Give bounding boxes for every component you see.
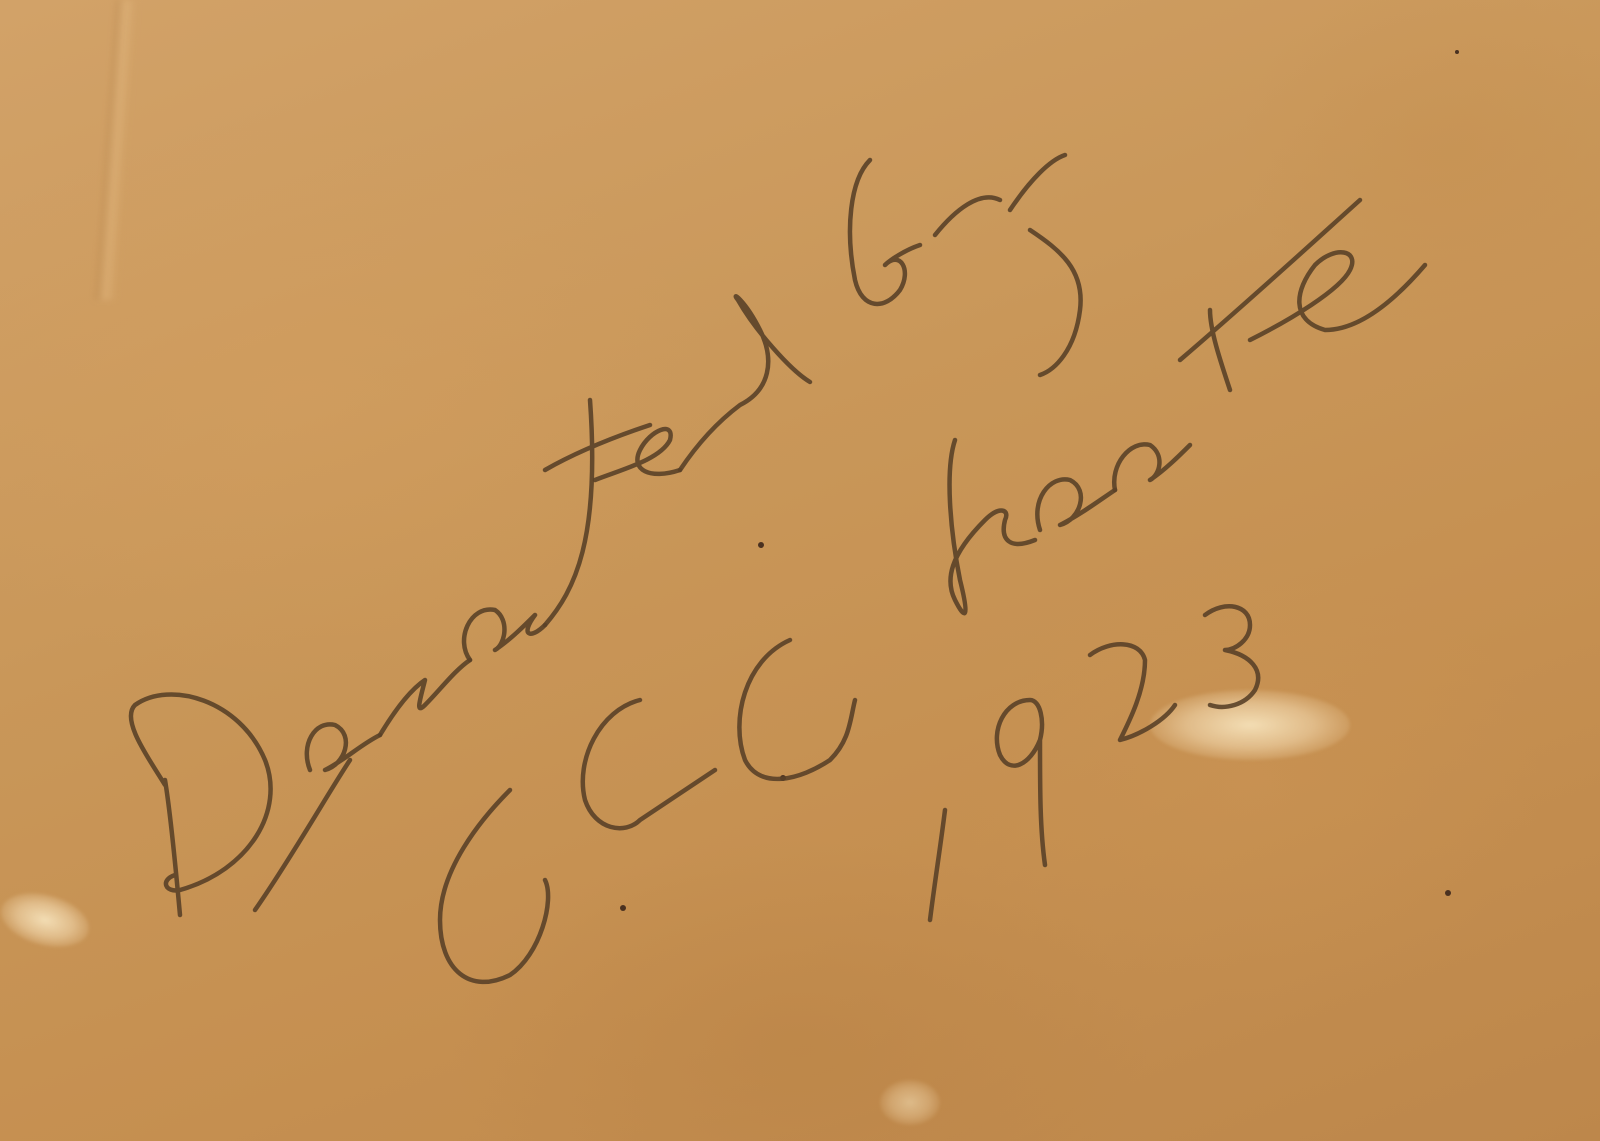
- handwriting-donated-by: [131, 155, 1081, 915]
- aged-paper: Donated by C. C. Choate 1923: [0, 0, 1600, 1141]
- handwriting-name: [440, 200, 1425, 982]
- handwriting-year: [930, 606, 1258, 920]
- handwritten-inscription: [0, 0, 1600, 1141]
